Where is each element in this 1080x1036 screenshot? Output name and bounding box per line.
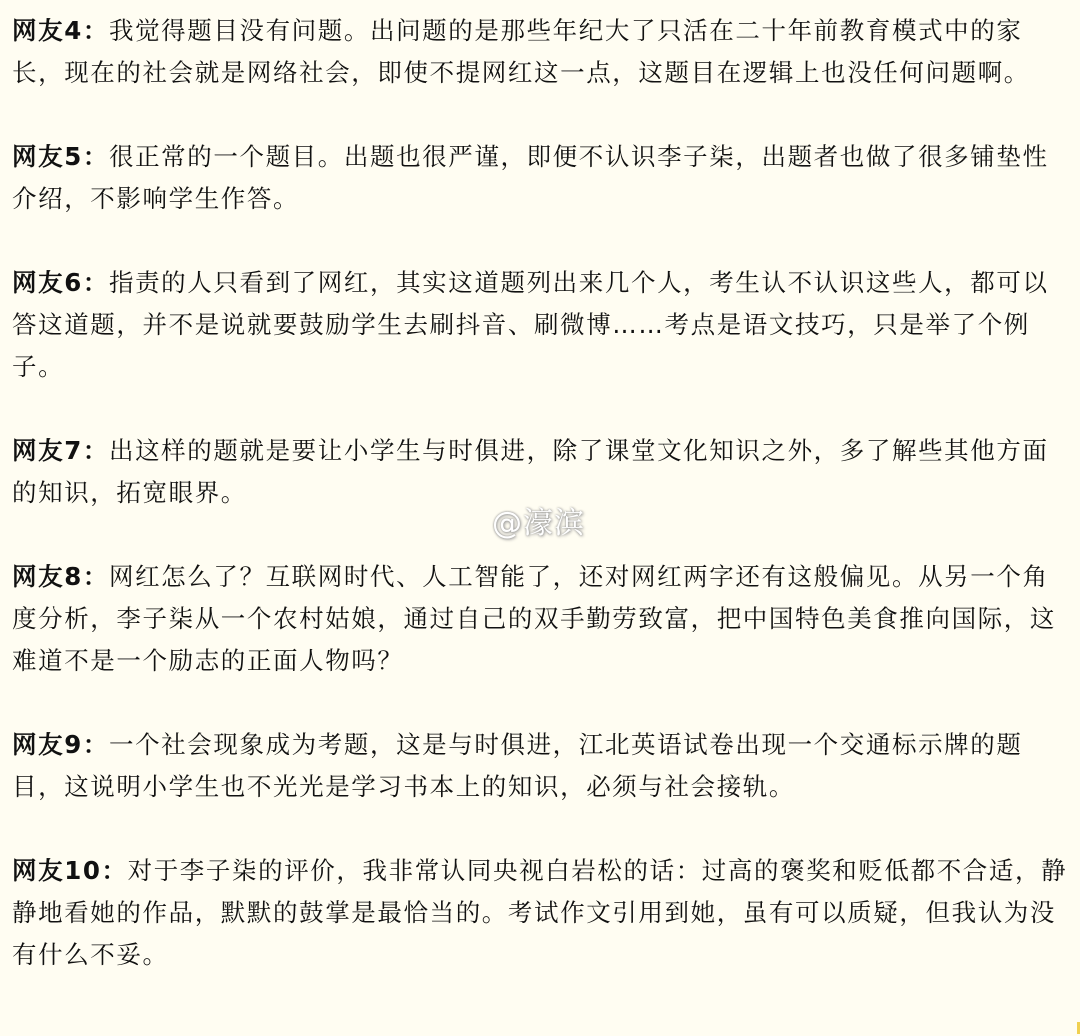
author-separator: ： bbox=[102, 856, 128, 885]
comment-author: 网友9 bbox=[12, 730, 83, 759]
author-separator: ： bbox=[83, 562, 109, 591]
author-separator: ： bbox=[83, 730, 109, 759]
comment-text: 很正常的一个题目。出题也很严谨，即便不认识李子柒，出题者也做了很多铺垫性介绍，不… bbox=[12, 142, 1049, 213]
comment-item: 网友10：对于李子柒的评价，我非常认同央视白岩松的话：过高的褒奖和贬低都不合适，… bbox=[12, 850, 1072, 976]
author-separator: ： bbox=[83, 16, 109, 45]
comment-item: 网友8：网红怎么了？互联网时代、人工智能了，还对网红两字还有这般偏见。从另一个角… bbox=[12, 556, 1072, 682]
comment-item: 网友4：我觉得题目没有问题。出问题的是那些年纪大了只活在二十年前教育模式中的家长… bbox=[12, 10, 1072, 94]
comment-author: 网友6 bbox=[12, 268, 83, 297]
comment-text: 网红怎么了？互联网时代、人工智能了，还对网红两字还有这般偏见。从另一个角度分析，… bbox=[12, 562, 1056, 675]
comment-text: 指责的人只看到了网红，其实这道题列出来几个人，考生认不认识这些人，都可以答这道题… bbox=[12, 268, 1049, 381]
author-separator: ： bbox=[83, 436, 109, 465]
author-separator: ： bbox=[83, 268, 109, 297]
comment-text: 出这样的题就是要让小学生与时俱进，除了课堂文化知识之外，多了解些其他方面的知识，… bbox=[12, 436, 1049, 507]
watermark: @濠滨 bbox=[492, 498, 585, 542]
comment-author: 网友7 bbox=[12, 436, 83, 465]
comment-author: 网友10 bbox=[12, 856, 102, 885]
comment-item: 网友6：指责的人只看到了网红，其实这道题列出来几个人，考生认不认识这些人，都可以… bbox=[12, 262, 1072, 388]
comment-author: 网友8 bbox=[12, 562, 83, 591]
comment-text: 对于李子柒的评价，我非常认同央视白岩松的话：过高的褒奖和贬低都不合适，静静地看她… bbox=[12, 856, 1067, 969]
comment-author: 网友4 bbox=[12, 16, 83, 45]
comment-item: 网友5：很正常的一个题目。出题也很严谨，即便不认识李子柒，出题者也做了很多铺垫性… bbox=[12, 136, 1072, 220]
comment-text: 我觉得题目没有问题。出问题的是那些年纪大了只活在二十年前教育模式中的家长，现在的… bbox=[12, 16, 1030, 87]
author-separator: ： bbox=[83, 142, 109, 171]
comment-item: 网友9：一个社会现象成为考题，这是与时俱进，江北英语试卷出现一个交通标示牌的题目… bbox=[12, 724, 1072, 808]
comment-author: 网友5 bbox=[12, 142, 83, 171]
comment-text: 一个社会现象成为考题，这是与时俱进，江北英语试卷出现一个交通标示牌的题目，这说明… bbox=[12, 730, 1022, 801]
